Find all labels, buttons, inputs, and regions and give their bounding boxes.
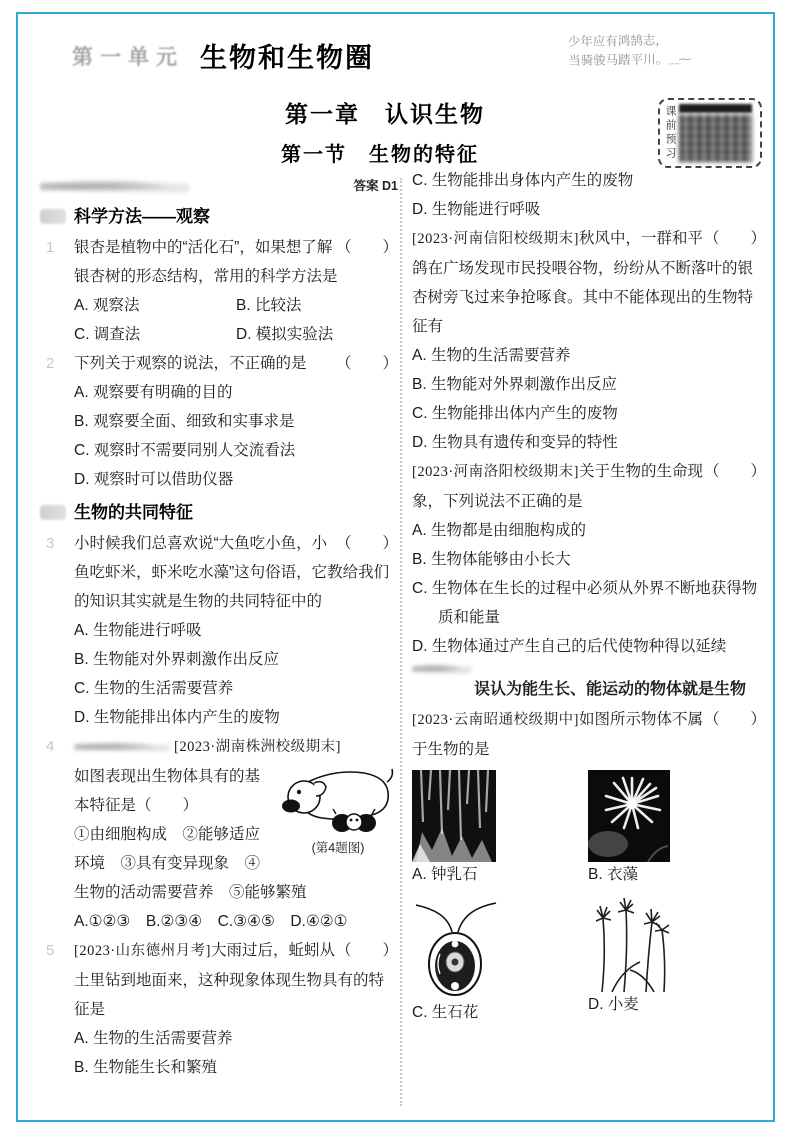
dog-figure: (第4题图) bbox=[278, 764, 398, 858]
dog-with-puppies-illustration bbox=[278, 764, 396, 838]
option-a: A. 生物能进行呼吸 bbox=[74, 616, 398, 645]
answer-paren: （ ） bbox=[336, 529, 398, 558]
option-a: A. 观察要有明确的目的 bbox=[74, 378, 398, 407]
question-6: （ ）[2023·河南信阳校级期末]秋风中，一群和平鸽在广场发现市民投喂谷物，纷… bbox=[412, 224, 766, 457]
option-c: C. 生物体在生长的过程中必须从外界不断地获得物质和能量 bbox=[412, 574, 766, 632]
option-b: B. 生物体能够由小长大 bbox=[412, 545, 766, 574]
option-c: C. 生物能排出身体内产生的废物 bbox=[412, 166, 766, 195]
choice-d-cell: D. 小麦 bbox=[588, 896, 764, 1026]
topic-header-1: 科学方法——观察 bbox=[40, 202, 398, 231]
qr-panel: 课前预习 bbox=[658, 98, 762, 168]
handwritten-motto: 少年应有鸿鹄志， 当骑骏马踏平川。﹏⁓ bbox=[568, 31, 690, 70]
question-source: [2023·河南信阳校级期末] bbox=[412, 231, 579, 247]
answer-choices-row: A.①②③ B.②③④ C.③④⑤ D.④②① bbox=[74, 907, 398, 936]
page-header: 第一单元 生物和生物圈 bbox=[72, 36, 374, 75]
topic-badge-icon bbox=[40, 209, 66, 224]
signature-scribble: ﹏⁓ bbox=[668, 51, 689, 66]
answer-paren: （ ） bbox=[704, 224, 766, 253]
handwriting-line1: 少年应有鸿鹄志， bbox=[568, 31, 689, 51]
answer-paren: （ ） bbox=[336, 936, 398, 965]
question-8: （ ）[2023·云南昭通校级期中]如图所示物体不属于生物的是 A. 钟乳石 bbox=[412, 705, 766, 1026]
choice-image-grid: A. 钟乳石 bbox=[412, 770, 766, 1026]
option-a: A. 观察法 bbox=[74, 291, 236, 320]
option-d: D. 生物具有遗传和变异的特性 bbox=[412, 428, 766, 457]
qr-label: 课前预习 bbox=[664, 105, 675, 161]
stalactite-image bbox=[412, 770, 496, 862]
chapter-title: 第一章 认识生物 bbox=[0, 96, 770, 129]
question-7: （ ）[2023·河南洛阳校级期末]关于生物的生命现象，下列说法不正确的是 A.… bbox=[412, 457, 766, 661]
question-number: 5 bbox=[46, 936, 54, 965]
option-c: C. 生物能排出体内产生的废物 bbox=[412, 399, 766, 428]
faded-marker bbox=[412, 663, 472, 675]
option-a: A. 生物的生活需要营养 bbox=[412, 341, 766, 370]
choice-b-cell: B. 衣藻 bbox=[588, 770, 764, 888]
question-4: 4 [2023·湖南株洲校级期末] (第4题图) 如图表现出生物体具有的基本特征… bbox=[40, 732, 398, 936]
question-source: [2023·云南昭通校级期中] bbox=[412, 712, 579, 728]
question-number: 3 bbox=[46, 529, 54, 558]
option-b: B. 观察要全面、细致和实事求是 bbox=[74, 407, 398, 436]
misconception-text: 误认为能生长、能运动的物体就是生物 bbox=[412, 675, 766, 705]
option-b: B. 生物能对外界刺激作出反应 bbox=[412, 370, 766, 399]
choice-d-label: D. 小麦 bbox=[588, 992, 764, 1018]
option-d: D. 模拟实验法 bbox=[236, 320, 398, 349]
option-d: D. 生物能排出体内产生的废物 bbox=[74, 703, 398, 732]
unit-label: 第一单元 bbox=[72, 41, 184, 71]
option-a: A. 生物都是由细胞构成的 bbox=[412, 516, 766, 545]
answer-paren: （ ） bbox=[336, 233, 398, 262]
faded-stamp bbox=[74, 741, 170, 753]
option-b: B. 比较法 bbox=[236, 291, 398, 320]
left-column: 答案 D1 科学方法——观察 1 （ ）银杏是植物中的“活化石”，如果想了解银杏… bbox=[40, 174, 398, 1082]
option-c: C. 生物的生活需要营养 bbox=[74, 674, 398, 703]
handwriting-line2: 当骑骏马踏平川。 bbox=[568, 51, 668, 67]
choice-b-label: B. 衣藻 bbox=[588, 862, 764, 888]
option-c: C. 调查法 bbox=[74, 320, 236, 349]
question-number: 4 bbox=[46, 732, 54, 761]
faded-banner bbox=[40, 179, 190, 194]
question-number: 2 bbox=[46, 349, 54, 378]
option-row: A. 观察法 B. 比较法 bbox=[74, 291, 398, 320]
answer-paren: （ ） bbox=[704, 457, 766, 486]
question-source: [2023·湖南株洲校级期末] bbox=[174, 739, 341, 755]
option-row: C. 调查法 D. 模拟实验法 bbox=[74, 320, 398, 349]
answer-paren: （ ） bbox=[136, 797, 198, 814]
choice-c-cell: C. 生石花 bbox=[412, 896, 588, 1026]
choice-c-label: C. 生石花 bbox=[412, 1000, 588, 1026]
misconception-note: 误认为能生长、能运动的物体就是生物 bbox=[412, 663, 766, 705]
question-2: 2 （ ）下列关于观察的说法，不正确的是 A. 观察要有明确的目的 B. 观察要… bbox=[40, 349, 398, 494]
section-title: 第一节 生物的特征 bbox=[0, 138, 760, 167]
topic-badge-icon bbox=[40, 505, 66, 520]
choice-a-label: A. 钟乳石 bbox=[412, 862, 588, 888]
answer-reference: 答案 D1 bbox=[354, 172, 398, 201]
qr-code bbox=[679, 114, 752, 162]
question-stem: 银杏是植物中的“活化石”，如果想了解银杏树的形态结构，常用的科学方法是 bbox=[74, 239, 338, 285]
option-b: B. 生物能生长和繁殖 bbox=[74, 1053, 398, 1082]
qr-caption-blur bbox=[679, 104, 752, 113]
question-5: 5 （ ）[2023·山东德州月考]大雨过后，蚯蚓从土里钻到地面来，这种现象体现… bbox=[40, 936, 398, 1082]
question-5-continued: C. 生物能排出身体内产生的废物 D. 生物能进行呼吸 bbox=[412, 166, 766, 224]
question-1: 1 （ ）银杏是植物中的“活化石”，如果想了解银杏树的形态结构，常用的科学方法是… bbox=[40, 233, 398, 349]
option-d: D. 生物能进行呼吸 bbox=[412, 195, 766, 224]
question-source: [2023·河南洛阳校级期末] bbox=[412, 464, 579, 480]
choice-a-cell: A. 钟乳石 bbox=[412, 770, 588, 888]
option-d: D. 观察时可以借助仪器 bbox=[74, 465, 398, 494]
question-source: [2023·山东德州月考] bbox=[74, 943, 211, 959]
option-a: A. 生物的生活需要营养 bbox=[74, 1024, 398, 1053]
option-c: C. 观察时不需要同别人交流看法 bbox=[74, 436, 398, 465]
right-column: C. 生物能排出身体内产生的废物 D. 生物能进行呼吸 （ ）[2023·河南信… bbox=[412, 166, 766, 1026]
chlamydomonas-drawing bbox=[412, 896, 502, 1000]
question-stem: 下列关于观察的说法，不正确的是 bbox=[74, 355, 307, 372]
option-b: B. 生物能对外界刺激作出反应 bbox=[74, 645, 398, 674]
flower-image bbox=[588, 770, 670, 862]
figure-caption: (第4题图) bbox=[278, 838, 398, 858]
column-divider bbox=[400, 178, 402, 1106]
topic-header-2: 生物的共同特征 bbox=[40, 498, 398, 527]
wheat-image bbox=[588, 896, 674, 992]
option-d: D. 生物体通过产生自己的后代使物种得以延续 bbox=[412, 632, 766, 661]
question-3: 3 （ ）小时候我们总喜欢说“大鱼吃小鱼，小鱼吃虾米，虾米吃水藻”这句俗语，它教… bbox=[40, 529, 398, 732]
question-number: 1 bbox=[46, 233, 54, 262]
unit-title: 生物和生物圈 bbox=[200, 36, 374, 75]
answer-paren: （ ） bbox=[336, 349, 398, 378]
answer-paren: （ ） bbox=[704, 705, 766, 734]
